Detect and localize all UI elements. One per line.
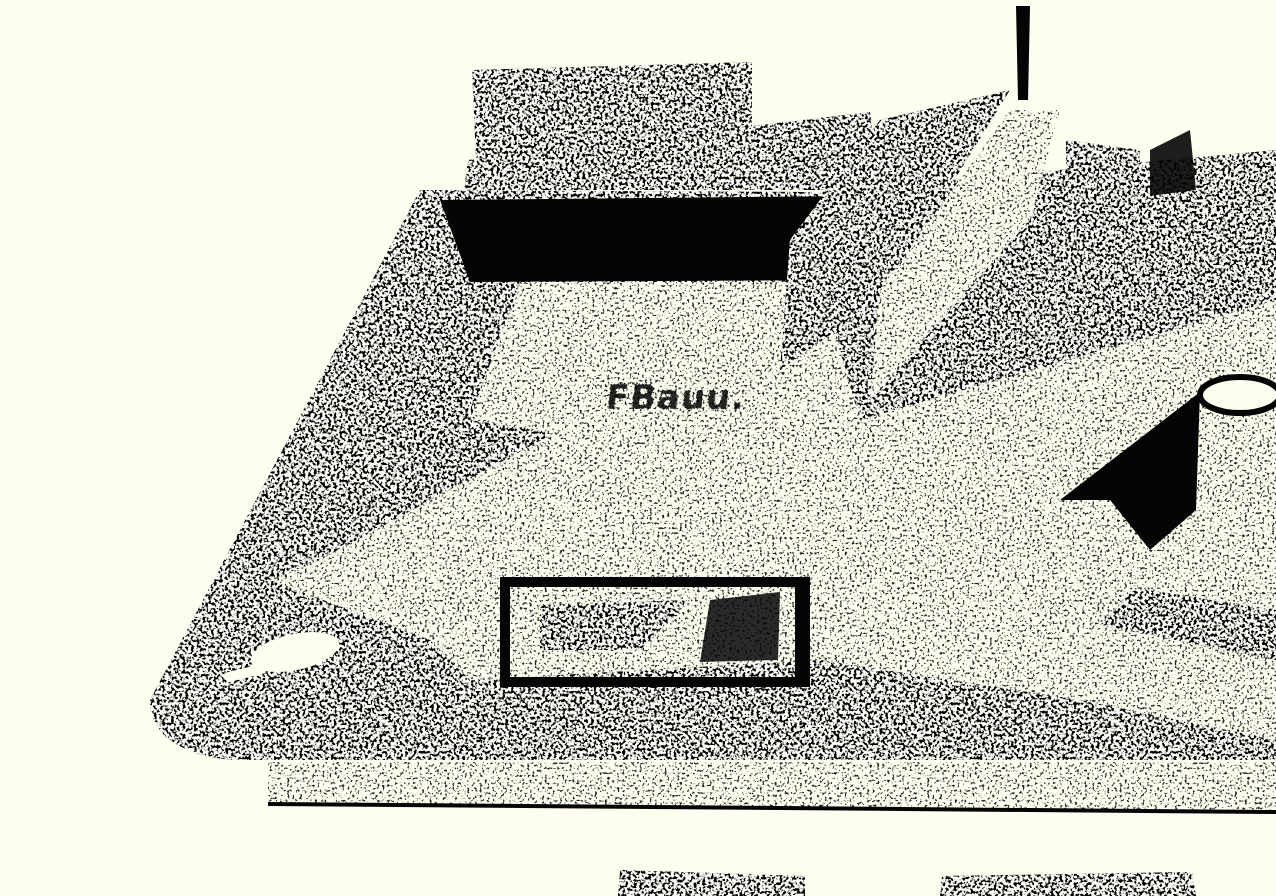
bottom-foot-right <box>940 872 1196 896</box>
top-block <box>464 62 880 190</box>
right-knob <box>1200 377 1276 413</box>
bottom-rail <box>268 762 1276 810</box>
plate-label: FBauu. <box>604 378 748 418</box>
dithered-photo <box>0 0 1276 896</box>
bottom-foot-left <box>618 870 805 896</box>
